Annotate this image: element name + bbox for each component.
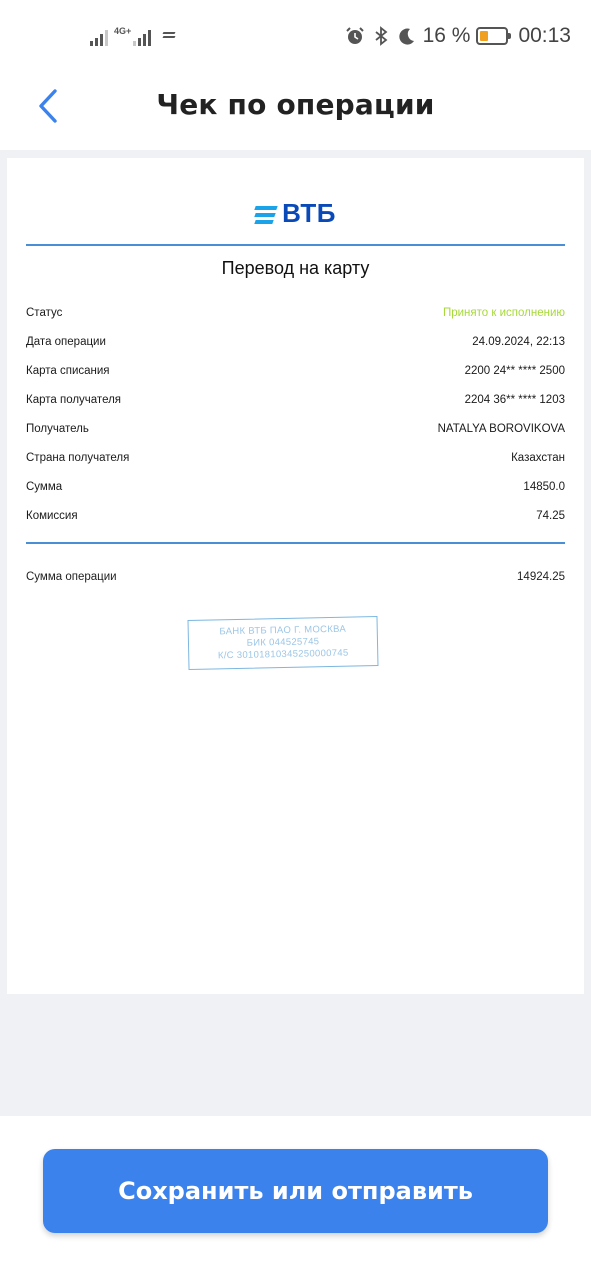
status-bar: 4G+ 16 % 00:13 (0, 0, 591, 72)
detail-value: 2200 24** **** 2500 (465, 365, 565, 377)
clock: 00:13 (518, 24, 571, 48)
alarm-icon (345, 26, 365, 46)
detail-row-recipient-card: Карта получателя 2204 36** **** 1203 (26, 385, 565, 414)
stamp-line: К/С 30101810345250000745 (218, 648, 349, 663)
detail-label: Комиссия (26, 510, 78, 522)
status-bar-left: 4G+ (90, 24, 175, 46)
vtb-logo-text: ВТБ (282, 198, 336, 229)
vtb-logo-stripes-icon (255, 206, 277, 224)
detail-label: Страна получателя (26, 452, 129, 464)
detail-label: Статус (26, 307, 62, 319)
signal-icon (90, 28, 108, 46)
app-header: Чек по операции (0, 72, 591, 150)
divider-top (26, 244, 565, 246)
battery-percent: 16 % (423, 24, 471, 48)
detail-value: 74.25 (536, 510, 565, 522)
detail-row-status: Статус Принято к исполнению (26, 298, 565, 327)
receipt-scroll-area[interactable]: ВТБ Перевод на карту Статус Принято к ис… (0, 150, 591, 1116)
receipt-details: Статус Принято к исполнению Дата операци… (26, 298, 565, 530)
bluetooth-icon (371, 26, 391, 46)
detail-value: Казахстан (511, 452, 565, 464)
detail-row-country: Страна получателя Казахстан (26, 443, 565, 472)
bank-stamp: БАНК ВТБ ПАО Г. МОСКВА БИК 044525745 К/С… (187, 616, 378, 670)
do-not-disturb-moon-icon (397, 26, 417, 46)
detail-row-amount: Сумма 14850.0 (26, 472, 565, 501)
detail-value: 24.09.2024, 22:13 (472, 336, 565, 348)
receipt-title: Перевод на карту (7, 258, 584, 279)
detail-label: Сумма (26, 481, 62, 493)
detail-row-source-card: Карта списания 2200 24** **** 2500 (26, 356, 565, 385)
total-label: Сумма операции (26, 571, 117, 583)
save-or-share-button[interactable]: Сохранить или отправить (43, 1149, 548, 1233)
detail-row-fee: Комиссия 74.25 (26, 501, 565, 530)
battery-icon (476, 27, 508, 45)
status-value: Принято к исполнению (443, 307, 565, 319)
detail-value: 2204 36** **** 1203 (465, 394, 565, 406)
detail-label: Дата операции (26, 336, 106, 348)
detail-value: NATALYA BOROVIKOVA (438, 423, 565, 435)
data-icon (163, 32, 175, 42)
total-row: Сумма операции 14924.25 (26, 562, 565, 591)
detail-label: Получатель (26, 423, 89, 435)
signal-4g-icon (133, 28, 151, 46)
receipt-card: ВТБ Перевод на карту Статус Принято к ис… (7, 158, 584, 994)
network-type-label: 4G+ (114, 26, 131, 36)
bottom-bar: Сохранить или отправить (0, 1116, 591, 1280)
total-value: 14924.25 (517, 571, 565, 583)
page-title: Чек по операции (0, 88, 591, 121)
detail-label: Карта списания (26, 365, 110, 377)
detail-row-date: Дата операции 24.09.2024, 22:13 (26, 327, 565, 356)
detail-value: 14850.0 (523, 481, 565, 493)
divider-bottom (26, 542, 565, 544)
detail-label: Карта получателя (26, 394, 121, 406)
detail-row-recipient: Получатель NATALYA BOROVIKOVA (26, 414, 565, 443)
vtb-logo: ВТБ (7, 198, 584, 229)
status-bar-right: 16 % 00:13 (345, 24, 571, 48)
